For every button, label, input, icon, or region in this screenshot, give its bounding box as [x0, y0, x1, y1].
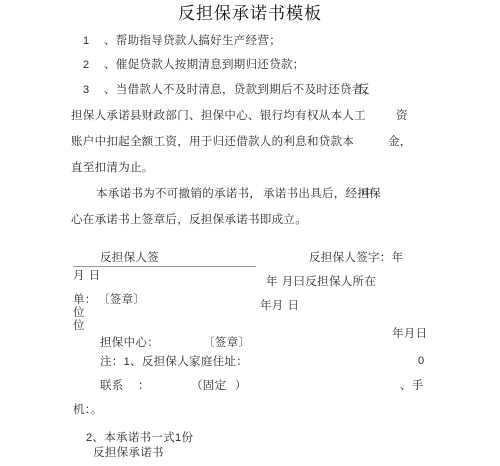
note-text: 、反担保人家庭住址： — [130, 354, 248, 368]
unit-label: 单： — [73, 292, 97, 306]
validity-text: 心在承诺书上签章后，反担保承诺书即成立。 — [71, 212, 307, 226]
unit-stamp: 〔签章〕 — [98, 292, 145, 306]
right-date-unit: 年 月曰反担保人所在 — [266, 274, 376, 288]
copy-unit: 份 — [181, 430, 193, 444]
validity-text: 中 — [362, 186, 374, 200]
note-1-tail: 0 — [418, 354, 424, 368]
note-label: 注： — [100, 354, 124, 368]
contact-label: 联系 — [100, 378, 124, 392]
obligation-item-1: 1 — [83, 33, 89, 48]
clause-line: 担保人承诺县财政部门、担保中心、银行均有权从本人工 — [71, 108, 366, 122]
contact-close: ） — [235, 378, 247, 392]
note-2: 2、本承诺书一式1份 — [86, 430, 193, 445]
obligation-text-3-tail: 反 — [358, 82, 370, 96]
right-signature-label: 反担保人签字：年 — [309, 250, 403, 264]
right-date-2: 年月 日 — [260, 298, 299, 312]
unit-char: 位 — [73, 318, 85, 332]
validity-text: 本承诺书为不可撤销的承诺书， — [96, 186, 261, 200]
contact-colon: ： — [138, 378, 150, 392]
obligation-number: 2 — [83, 59, 89, 71]
clause-line: 账户中扣起全额工资，用于归还借款人的利息和贷款本 — [71, 134, 354, 148]
left-date: 月 日 — [73, 268, 101, 282]
obligation-item-3: 3 — [83, 82, 89, 97]
obligation-item-2: 2 — [83, 57, 89, 72]
obligation-number: 3 — [83, 84, 89, 96]
note-1: 注：1、反担保人家庭住址： — [100, 354, 248, 369]
obligation-number: 1 — [83, 35, 89, 47]
right-date-3: 年月日 — [392, 326, 427, 340]
clause-line-tail: 资 — [396, 108, 408, 122]
document-title: 反担保承诺书模板 — [0, 3, 500, 25]
note-text: 、本承诺书一式 — [92, 430, 175, 444]
guarantee-center-label: 担保中心： — [100, 335, 159, 349]
footer-title: 反担保承诺书 — [93, 445, 164, 459]
clause-line: 直至扣清为止。 — [71, 160, 154, 174]
obligation-text-3: 、当借款人不及时清息，贷款到期后不及时还贷者， — [104, 82, 375, 96]
mobile-line: 机：。 — [73, 402, 103, 416]
obligation-text-1: 、帮助指导贷款人搞好生产经营； — [104, 33, 281, 47]
guarantee-center-stamp: 〔签章〕 — [203, 335, 250, 349]
clause-line-tail: 金， — [388, 134, 412, 148]
contact-fixed: （固定 — [191, 378, 226, 392]
obligation-text-2: 、催促贷款人按期清息到期归还贷款； — [104, 57, 305, 71]
contact-tail: 、手 — [400, 378, 424, 392]
left-signature-label: 反担保人签 — [100, 250, 159, 264]
signature-divider — [73, 266, 256, 267]
unit-char: 位 — [73, 305, 85, 319]
